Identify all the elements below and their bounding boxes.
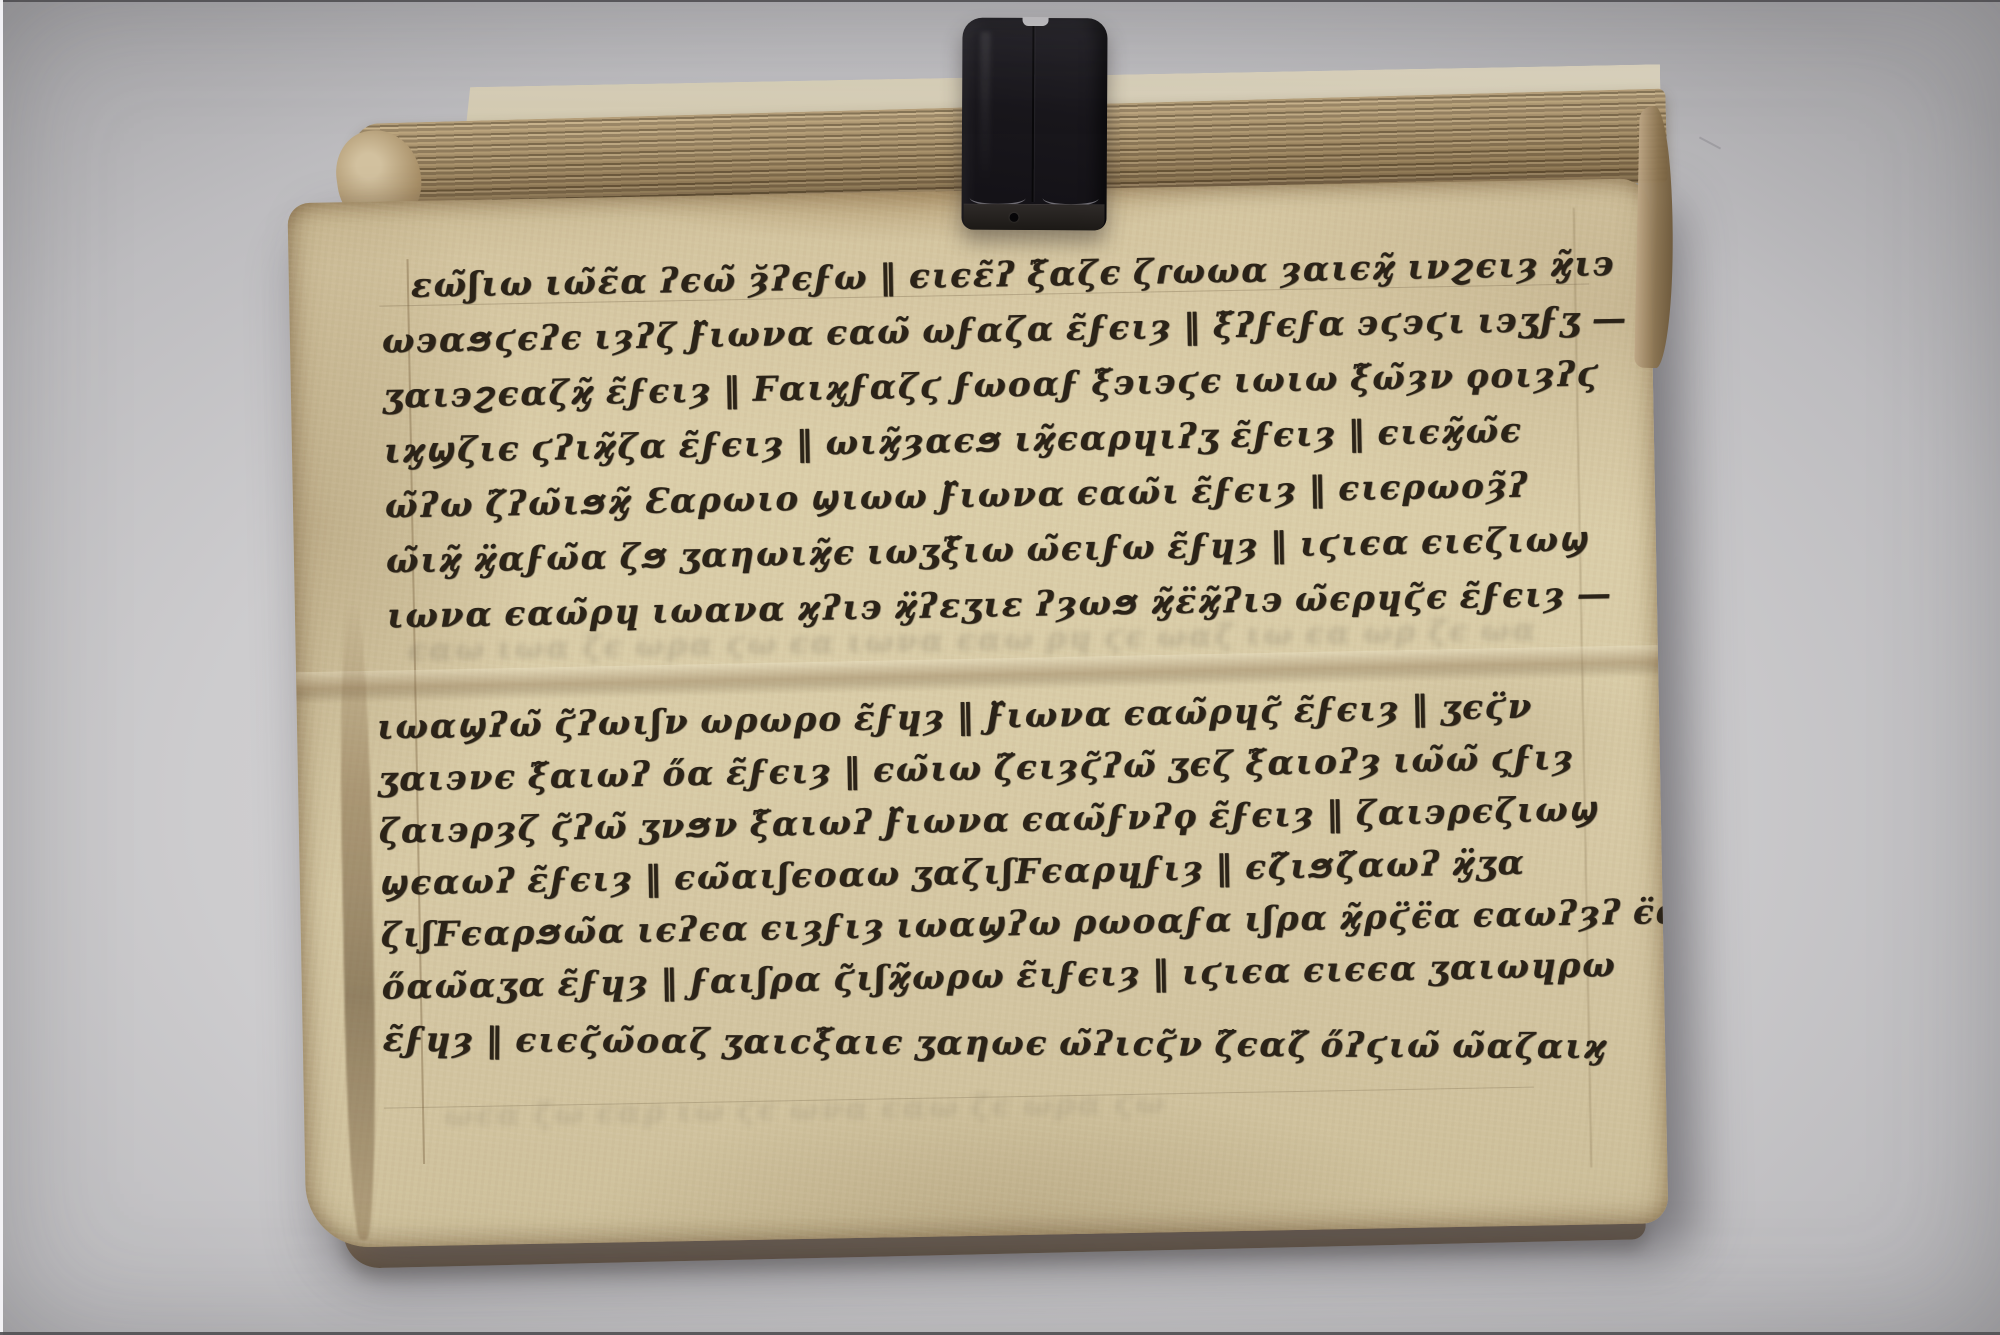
manuscript-book: ϵαω ιωα ζϵ ωρα ϛω ϵα ιωνα ϵαω ρɥ ϛϵ ωαζ … xyxy=(285,80,1675,1255)
ink-show-through: ωϵα ζω ϵαρ ιω ϛϵ ωνα ϵαω ζϵ ωρα ϛω xyxy=(444,1085,1168,1133)
handwriting-line: ɛ̃ϝɥȝ ‖ ϵιϵϛ̃ω̃οαζ ʒαιϲξ̃αιϵ ʒαηωϵ ω̃ʔιϲ… xyxy=(383,1014,1659,1074)
clip-hole xyxy=(1009,213,1018,222)
handwritten-text-block-top: ɛω̃ʃιω ιω̃ɛ̃α ʔϵω̃ ȝ̆ʔϵϝω ‖ ϵιϵɛ̃ʔ ξ̃αζϵ… xyxy=(380,236,1649,644)
black-clip-weight xyxy=(961,18,1107,231)
backdrop-scratch xyxy=(1699,136,1721,149)
open-manuscript-page: ϵαω ιωα ζϵ ωρα ϛω ϵα ιωνα ϵαω ρɥ ϛϵ ωαζ … xyxy=(287,178,1668,1248)
curled-right-edge xyxy=(1634,106,1675,369)
photo-left-border xyxy=(0,0,3,1335)
clip-top-notch xyxy=(1023,17,1049,26)
handwritten-text-block-bottom: ιωαϣʔω̃ ϛ̃ʔωιʃν ωρωρο ɛ̃ϝɥȝ ‖ ϝ̈ιωνα ϵαω… xyxy=(377,678,1659,1065)
photo-top-edge xyxy=(0,0,2000,2)
clip-highlight xyxy=(980,32,991,182)
manuscript-photograph: ϵαω ιωα ζϵ ωρα ϛω ϵα ιωνα ϵαω ρɥ ϛϵ ωαζ … xyxy=(0,0,2000,1335)
clip-base-band xyxy=(963,204,1104,231)
